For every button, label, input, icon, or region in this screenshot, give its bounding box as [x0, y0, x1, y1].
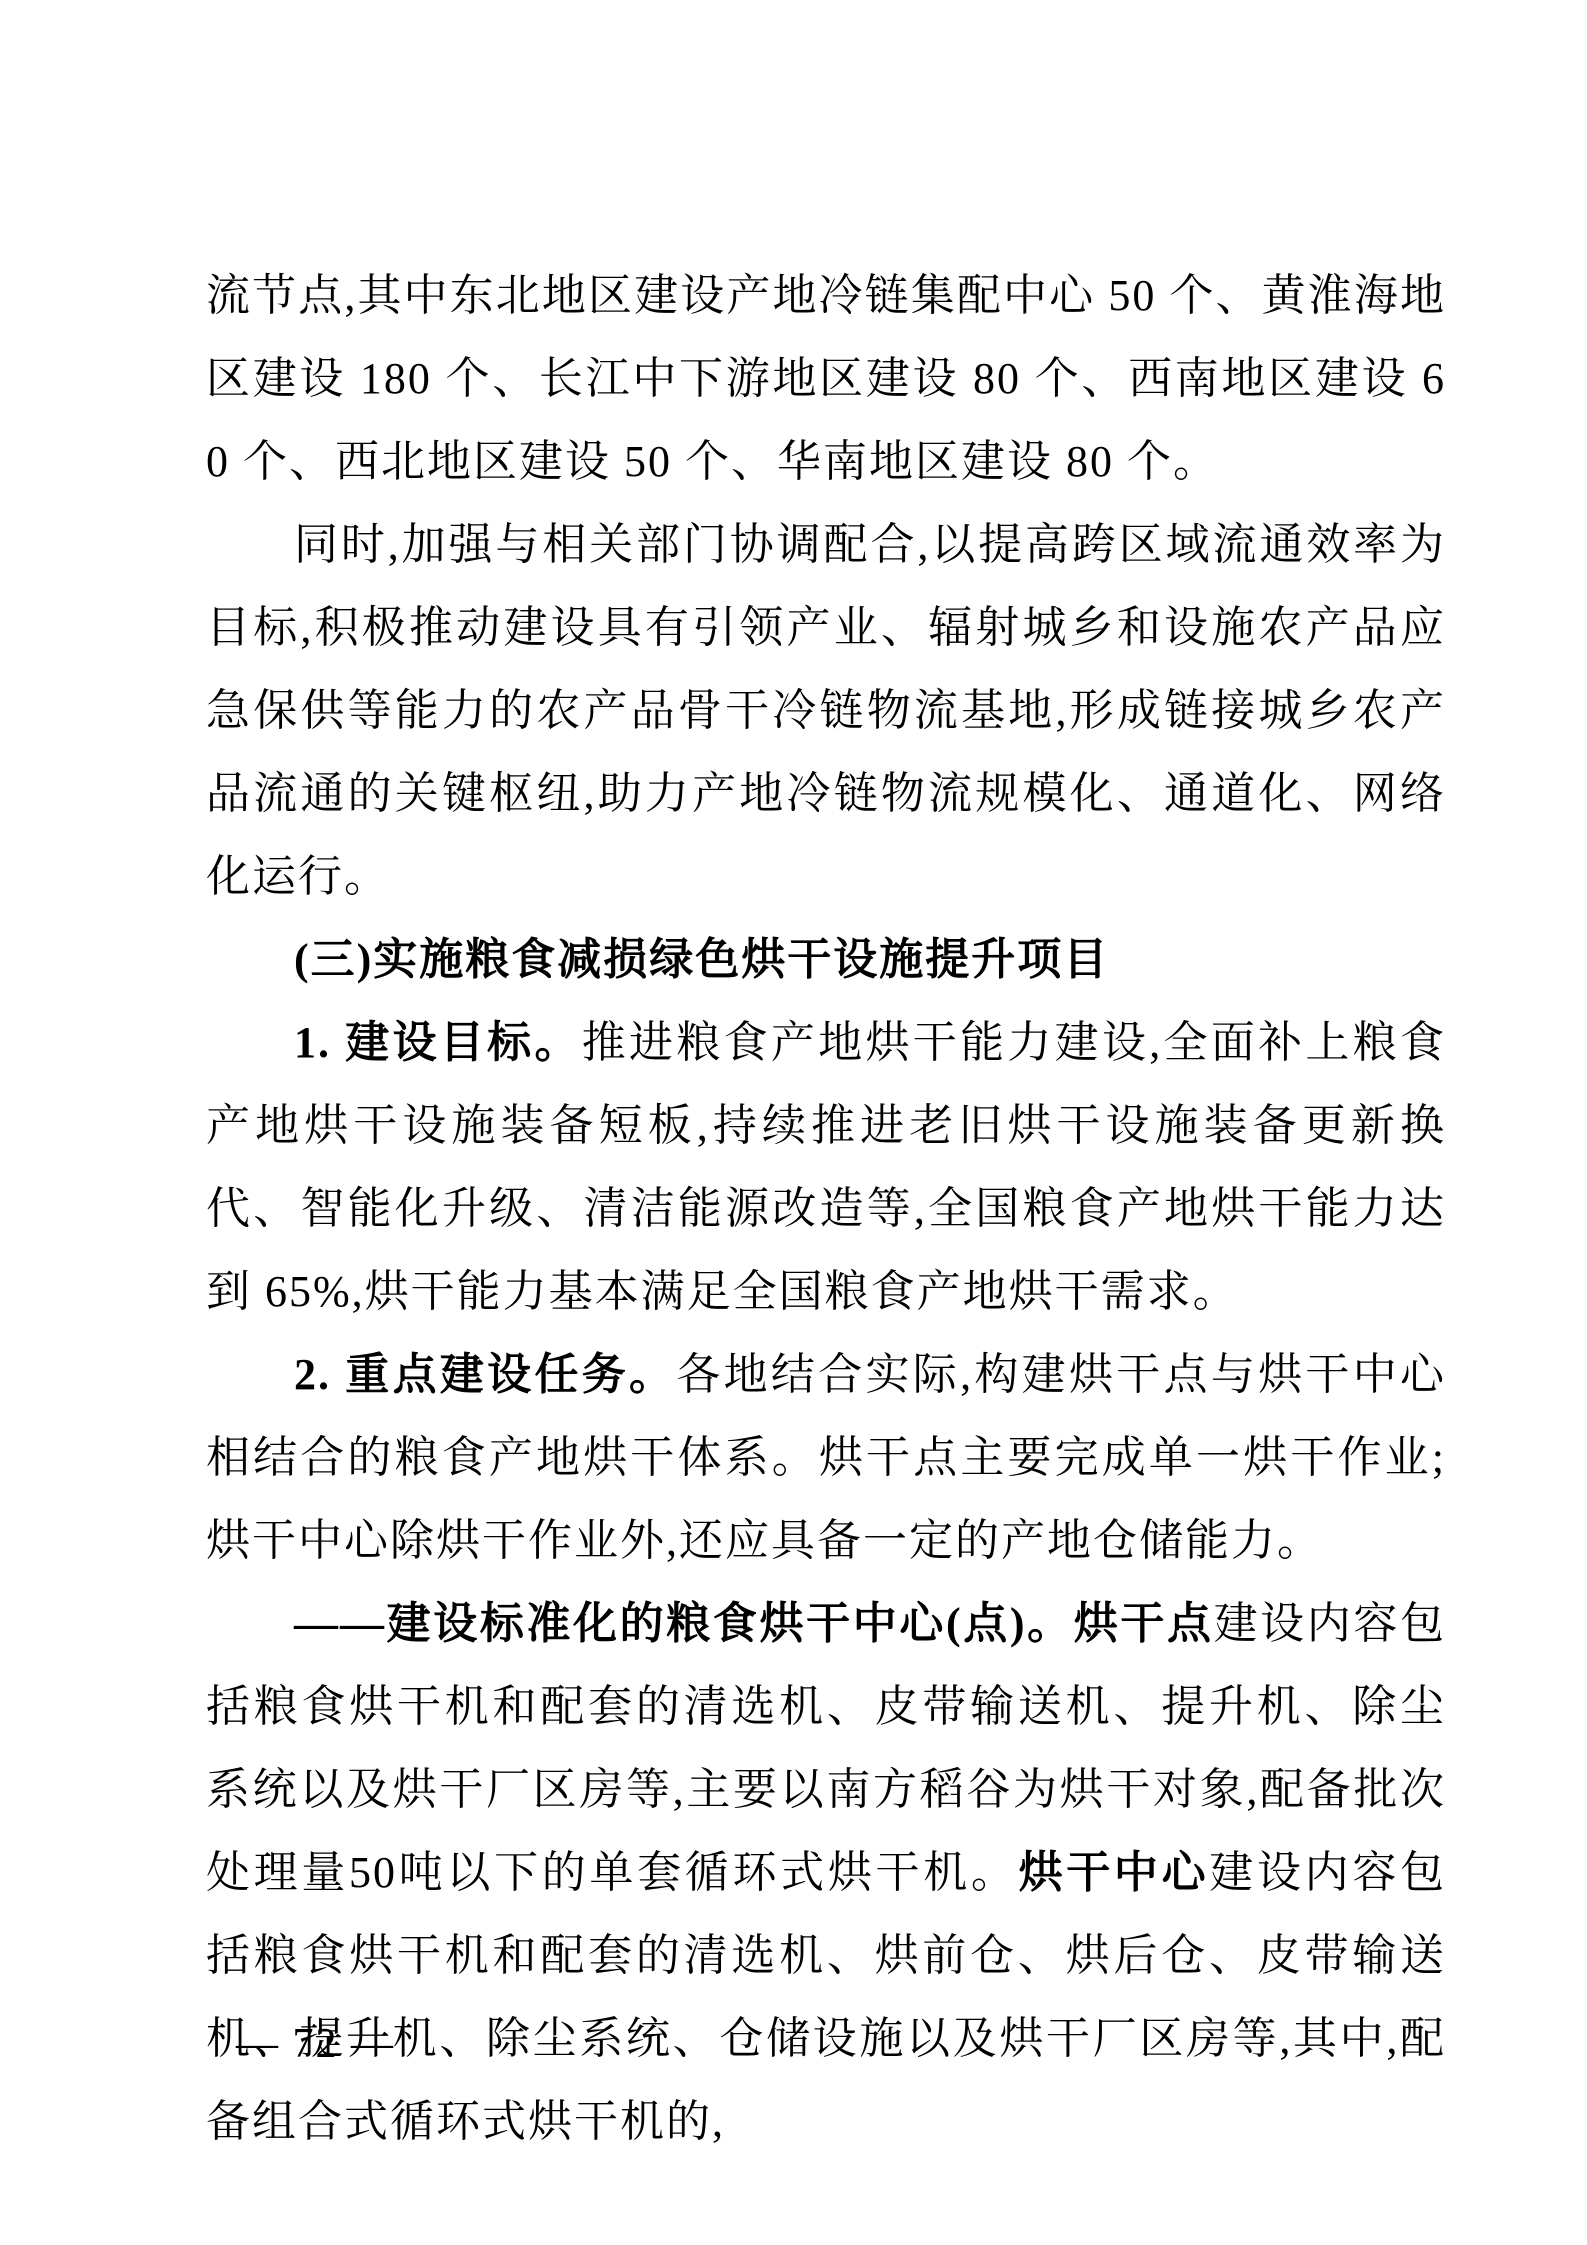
drying-center-term: 烘干中心 [1019, 1848, 1210, 1897]
paragraph-construction-goal: 1. 建设目标。推进粮食产地烘干能力建设,全面补上粮食产地烘干设施装备短板,持续… [206, 1001, 1446, 1333]
paragraph-standardized-drying-center: ——建设标准化的粮食烘干中心(点)。烘干点建设内容包括粮食烘干机和配套的清选机、… [206, 1582, 1446, 2163]
section-heading-3: (三)实施粮食减损绿色烘干设施提升项目 [206, 918, 1446, 1001]
page-footer: — 72 — [236, 2016, 395, 2072]
paragraph-key-tasks: 2. 重点建设任务。各地结合实际,构建烘干点与烘干中心相结合的粮食产地烘干体系。… [206, 1333, 1446, 1582]
paragraph-coordination: 同时,加强与相关部门协调配合,以提高跨区域流通效率为目标,积极推动建设具有引领产… [206, 503, 1446, 918]
page-number: — 72 — [236, 2021, 395, 2067]
construction-goal-lead: 1. 建设目标。 [294, 1018, 582, 1067]
page-content: 流节点,其中东北地区建设产地冷链集配中心 50 个、黄淮海地区建设 180 个、… [206, 254, 1446, 2163]
drying-point-term: 烘干点 [1074, 1599, 1214, 1648]
standardized-drying-center-lead: ——建设标准化的粮食烘干中心(点)。 [294, 1599, 1074, 1648]
key-tasks-lead: 2. 重点建设任务。 [294, 1350, 676, 1399]
paragraph-cold-chain-nodes: 流节点,其中东北地区建设产地冷链集配中心 50 个、黄淮海地区建设 180 个、… [206, 254, 1446, 503]
document-page: 流节点,其中东北地区建设产地冷链集配中心 50 个、黄淮海地区建设 180 个、… [0, 0, 1587, 2245]
